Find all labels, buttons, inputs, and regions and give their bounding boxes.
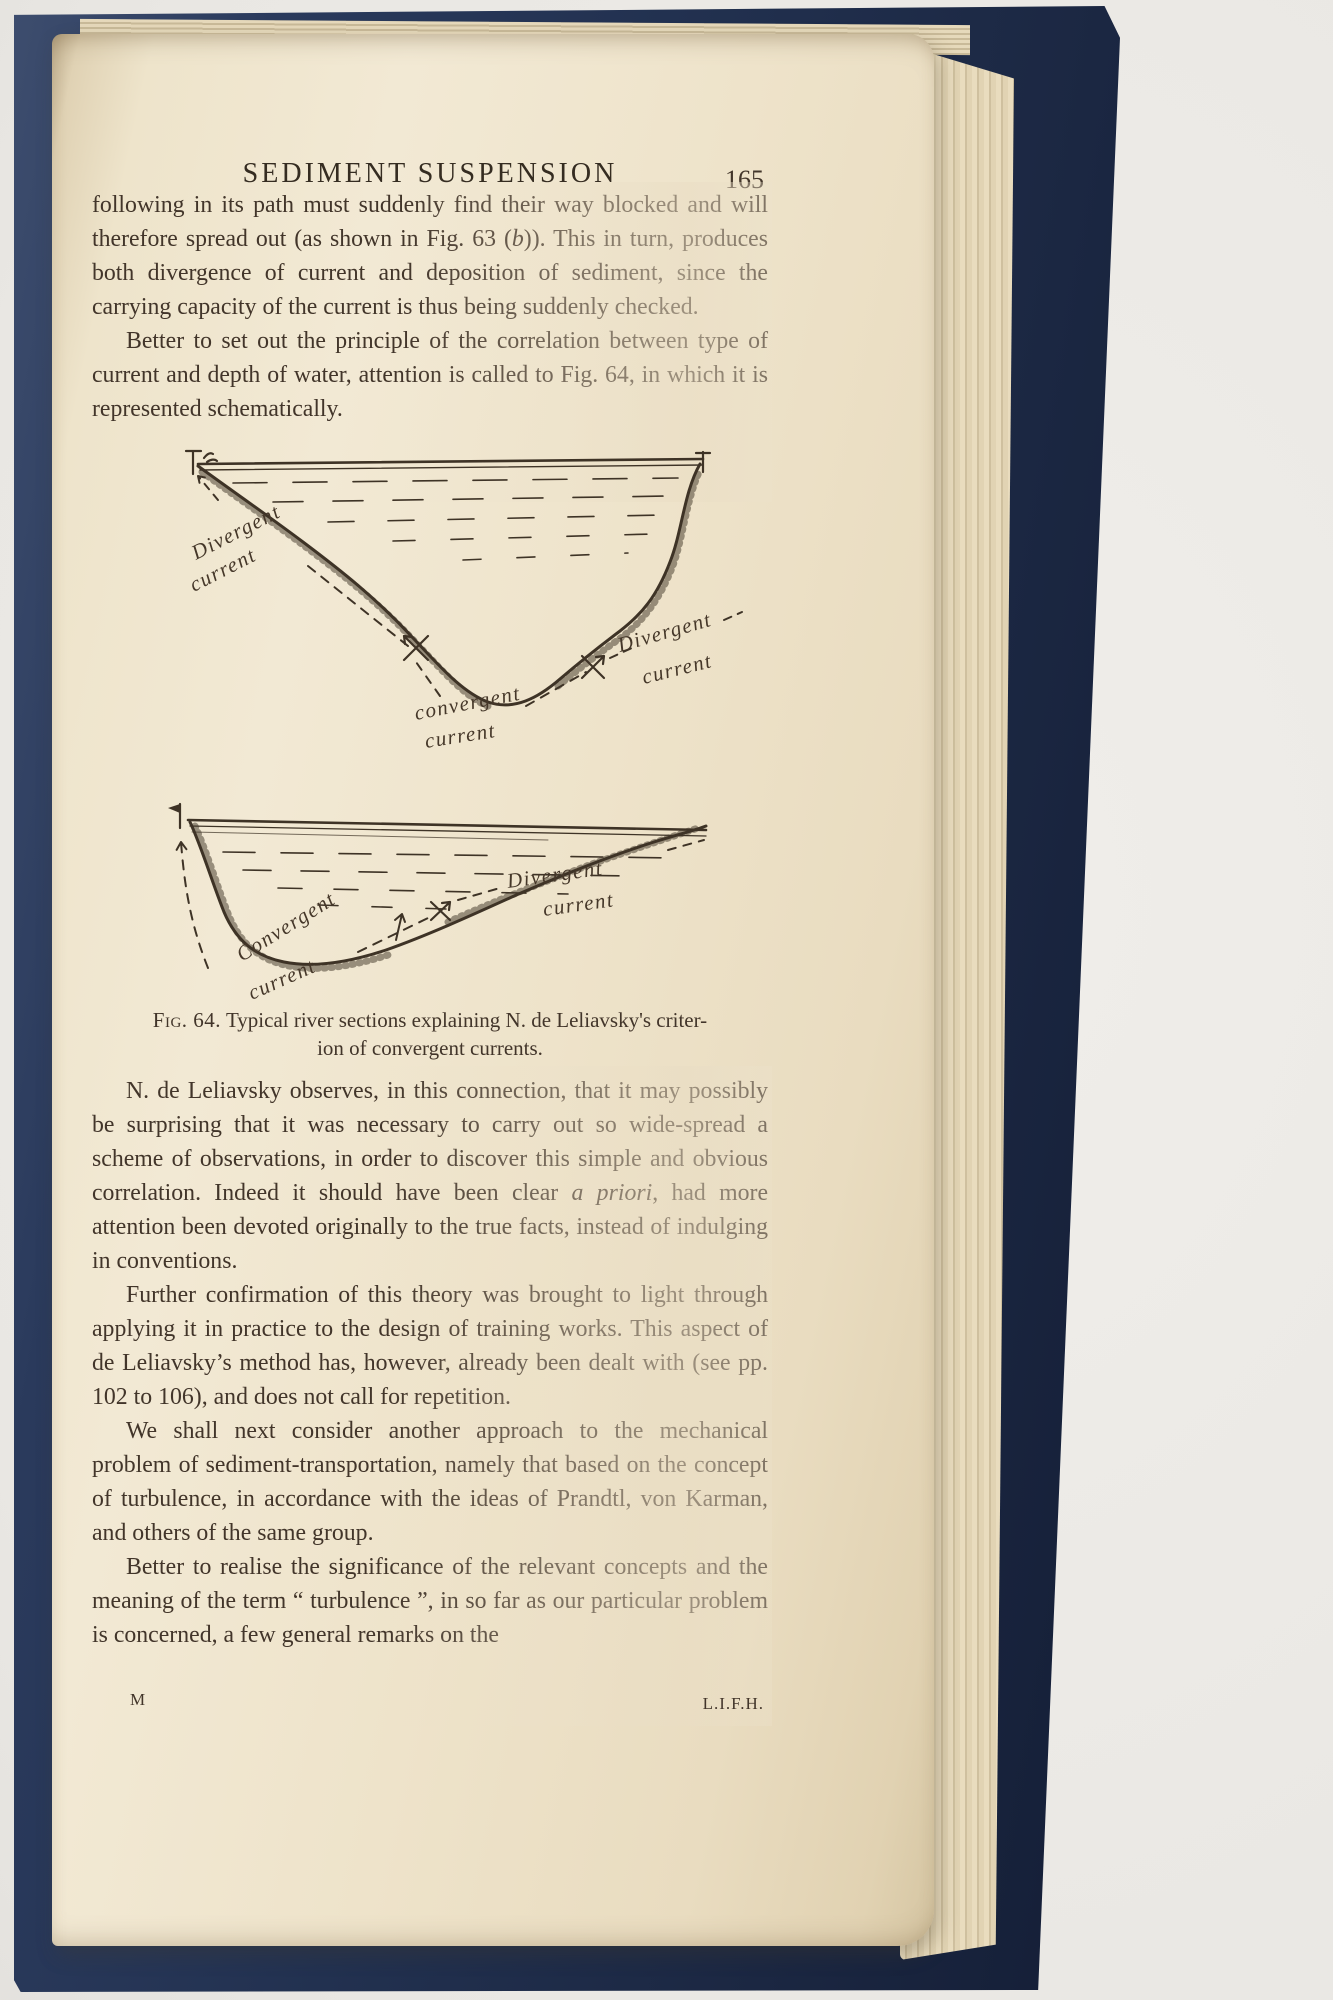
body-text-block-1: following in its path must suddenly find… xyxy=(92,188,768,426)
current-label: current xyxy=(639,648,714,689)
current-label: current xyxy=(541,887,615,921)
caption-line-2: ion of convergent currents. xyxy=(317,1036,543,1060)
photo-background: SEDIMENT SUSPENSION 165 following in its… xyxy=(0,0,1333,2000)
caption-figure-number: Fig. 64. xyxy=(153,1008,221,1032)
running-title: SEDIMENT SUSPENSION xyxy=(92,158,768,190)
current-cross-mark xyxy=(431,902,450,920)
current-label: current xyxy=(423,718,497,753)
river-section-figure-bottom: Convergent current Divergent current xyxy=(148,790,748,1020)
book-page: SEDIMENT SUSPENSION 165 following in its… xyxy=(52,34,934,1946)
river-section-figure-top: Divergent current convergent current Div… xyxy=(158,448,758,758)
paragraph: following in its path must suddenly find… xyxy=(92,188,768,324)
page-header: SEDIMENT SUSPENSION 165 xyxy=(92,158,768,190)
flag-marker xyxy=(168,804,180,813)
paragraph: We shall next consider another approach … xyxy=(92,1414,768,1550)
water-surface xyxy=(188,820,706,830)
water-surface xyxy=(198,459,703,464)
current-label: Divergent xyxy=(614,607,715,657)
printer-mark: L.I.F.H. xyxy=(92,1694,764,1714)
paragraph: N. de Leliavsky observes, in this connec… xyxy=(92,1074,768,1278)
paragraph: Better to set out the principle of the c… xyxy=(92,324,768,426)
body-text-block-2: N. de Leliavsky observes, in this connec… xyxy=(92,1074,768,1652)
figure-caption: Fig. 64. Typical river sections explaini… xyxy=(92,1006,768,1062)
paragraph: Better to realise the significance of th… xyxy=(92,1550,768,1652)
current-label: Convergent xyxy=(232,886,340,966)
figure-labels-bottom: Convergent current Divergent current xyxy=(232,856,616,1005)
current-label: convergent xyxy=(412,681,522,725)
paragraph: Further confirmation of this theory was … xyxy=(92,1278,768,1414)
current-label: Divergent xyxy=(504,856,604,893)
caption-line-1: Typical river sections explaining N. de … xyxy=(226,1008,707,1032)
